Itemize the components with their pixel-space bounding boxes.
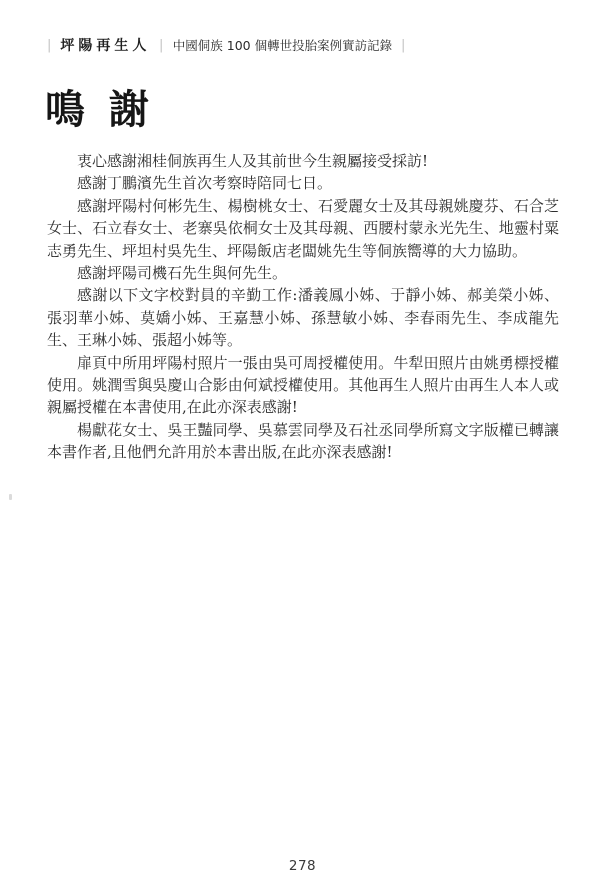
book-title: 坪陽再生人 <box>60 35 150 55</box>
page-footer: 278 <box>0 855 605 874</box>
paragraph-2: 感謝丁鵬濱先生首次考察時陪同七日。 <box>47 172 559 194</box>
page-number: 278 <box>289 858 316 874</box>
header-divider-middle: | <box>160 38 163 53</box>
paragraph-4: 感謝坪陽司機石先生與何先生。 <box>47 262 559 284</box>
paragraph-1: 衷心感謝湘桂侗族再生人及其前世今生親屬接受採訪! <box>47 150 559 172</box>
header-divider-right: | <box>402 38 405 53</box>
book-page: | 坪陽再生人 | 中國侗族 100 個轉世投胎案例實訪記錄 | 鳴 謝 衷心感… <box>0 0 605 896</box>
paragraph-3: 感謝坪陽村何彬先生、楊樹桃女士、石愛麗女士及其母親姚慶芬、石合芝女士、石立春女士… <box>47 195 559 262</box>
scan-artifact <box>9 494 12 500</box>
paragraph-5: 感謝以下文字校對員的辛勤工作:潘義鳳小姊、于靜小姊、郝美榮小姊、張羽華小姊、莫嬌… <box>47 284 559 351</box>
running-header: | 坪陽再生人 | 中國侗族 100 個轉世投胎案例實訪記錄 | <box>47 35 405 55</box>
acknowledgments-text: 衷心感謝湘桂侗族再生人及其前世今生親屬接受採訪! 感謝丁鵬濱先生首次考察時陪同七… <box>47 150 559 464</box>
book-subtitle: 中國侗族 100 個轉世投胎案例實訪記錄 <box>173 36 392 54</box>
paragraph-7: 楊獻花女士、吳王豔同學、吳慕雲同學及石社丞同學所寫文字版權已轉讓本書作者,且他們… <box>47 419 559 464</box>
header-divider-left: | <box>48 38 51 53</box>
chapter-title: 鳴 謝 <box>45 78 154 135</box>
paragraph-6: 扉頁中所用坪陽村照片一張由吳可周授權使用。牛犁田照片由姚勇標授權使用。姚潤雪與吳… <box>47 352 559 419</box>
